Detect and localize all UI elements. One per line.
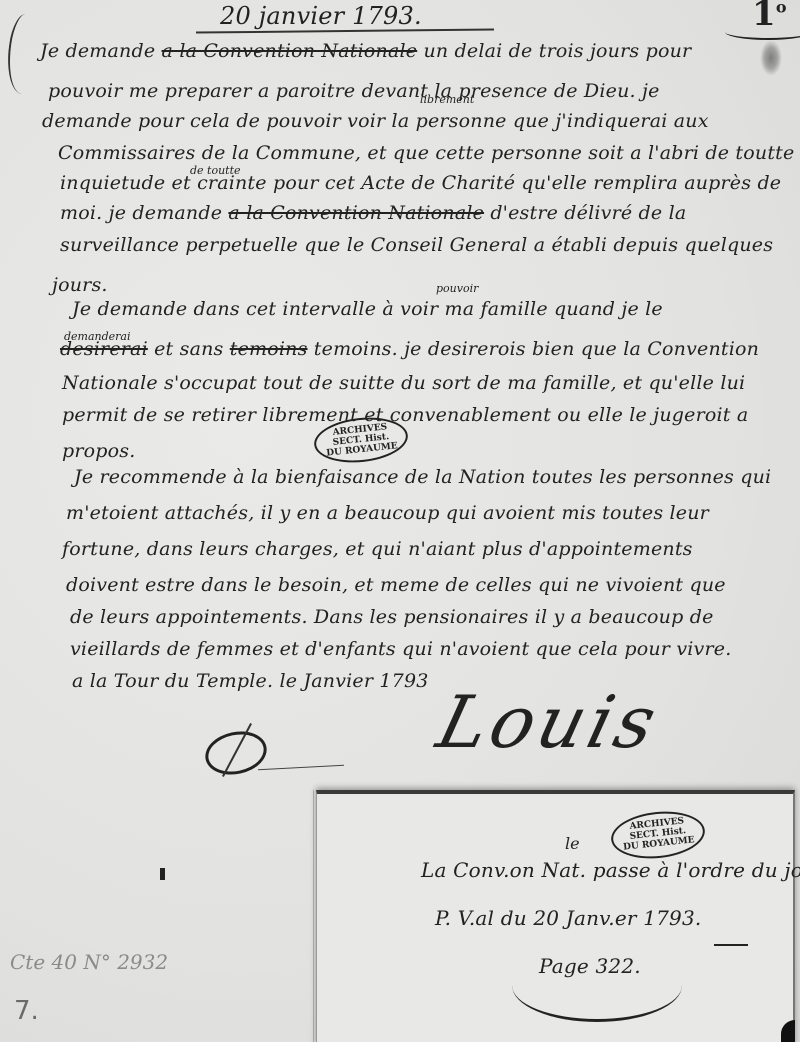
letter-line-3: demande pour cela de pouvoir voir la per… (42, 110, 709, 132)
ink-speck (160, 868, 165, 880)
manuscript-page: 20 janvier 1793. 1o Je demande a la Conv… (0, 0, 800, 1042)
paraph-tail (258, 765, 344, 770)
pencil-reference-note: Cte 40 N° 2932 (10, 950, 168, 974)
letter-line-6: moi. je demande a la Convention National… (60, 202, 686, 224)
letter-line-2: pouvoir me preparer a paroitre devant la… (48, 80, 660, 102)
card-dash (714, 944, 748, 946)
signature-louis: Louis (430, 680, 668, 764)
letter-line-4: Commissaires de la Commune, et que cette… (58, 142, 794, 164)
letter-line-1: Je demande a la Convention Nationale un … (40, 40, 691, 62)
letter-line-19: vieillards de femmes et d'enfants qui n'… (70, 638, 731, 660)
letter-line-5: inquietude et crainte pour cet Acte de C… (60, 172, 781, 194)
card-super-le: le (565, 834, 580, 853)
letter-line-15: m'etoient attachés, il y en a beaucoup q… (66, 502, 709, 524)
letter-line-18: de leurs appointements. Dans les pension… (70, 606, 714, 628)
pencil-number-note: 7. (14, 996, 39, 1026)
fold-line (313, 790, 314, 1042)
letter-line-10: desirerai et sans temoins temoins. je de… (60, 338, 759, 360)
card-flourish (512, 949, 682, 1022)
date-heading: 20 janvier 1793. (220, 2, 422, 30)
letter-line-8: jours. (52, 274, 108, 296)
ink-blot (760, 40, 782, 76)
letter-line-12: permit de se retirer librement et conven… (62, 404, 748, 426)
letter-line-13: propos. (62, 440, 135, 462)
interlinear-librement: librement (420, 93, 474, 106)
card-corner-shadow (781, 1020, 795, 1042)
letter-line-9: Je demande dans cet intervalle à voir ma… (72, 298, 663, 320)
folio-flourish (725, 24, 800, 40)
card-archives-stamp: ARCHIVES SECT. Hist. DU ROYAUME (609, 807, 707, 863)
convention-note-card: ARCHIVES SECT. Hist. DU ROYAUME le La Co… (316, 790, 795, 1042)
card-line-2: P. V.al du 20 Janv.er 1793. (435, 906, 701, 930)
letter-line-16: fortune, dans leurs charges, et qui n'ai… (62, 538, 693, 560)
interlinear-pouvoir: pouvoir (436, 282, 478, 295)
letter-line-7: surveillance perpetuelle que le Conseil … (60, 234, 773, 256)
letter-line-17: doivent estre dans le besoin, et meme de… (66, 574, 726, 596)
letter-line-11: Nationale s'occupat tout de suitte du so… (62, 372, 745, 394)
card-line-1: La Conv.on Nat. passe à l'ordre du jour (421, 858, 800, 882)
letter-line-20-place-date: a la Tour du Temple. le Janvier 1793 (72, 670, 429, 692)
letter-line-14: Je recommende à la bienfaisance de la Na… (74, 466, 771, 488)
margin-flourish (3, 12, 46, 96)
